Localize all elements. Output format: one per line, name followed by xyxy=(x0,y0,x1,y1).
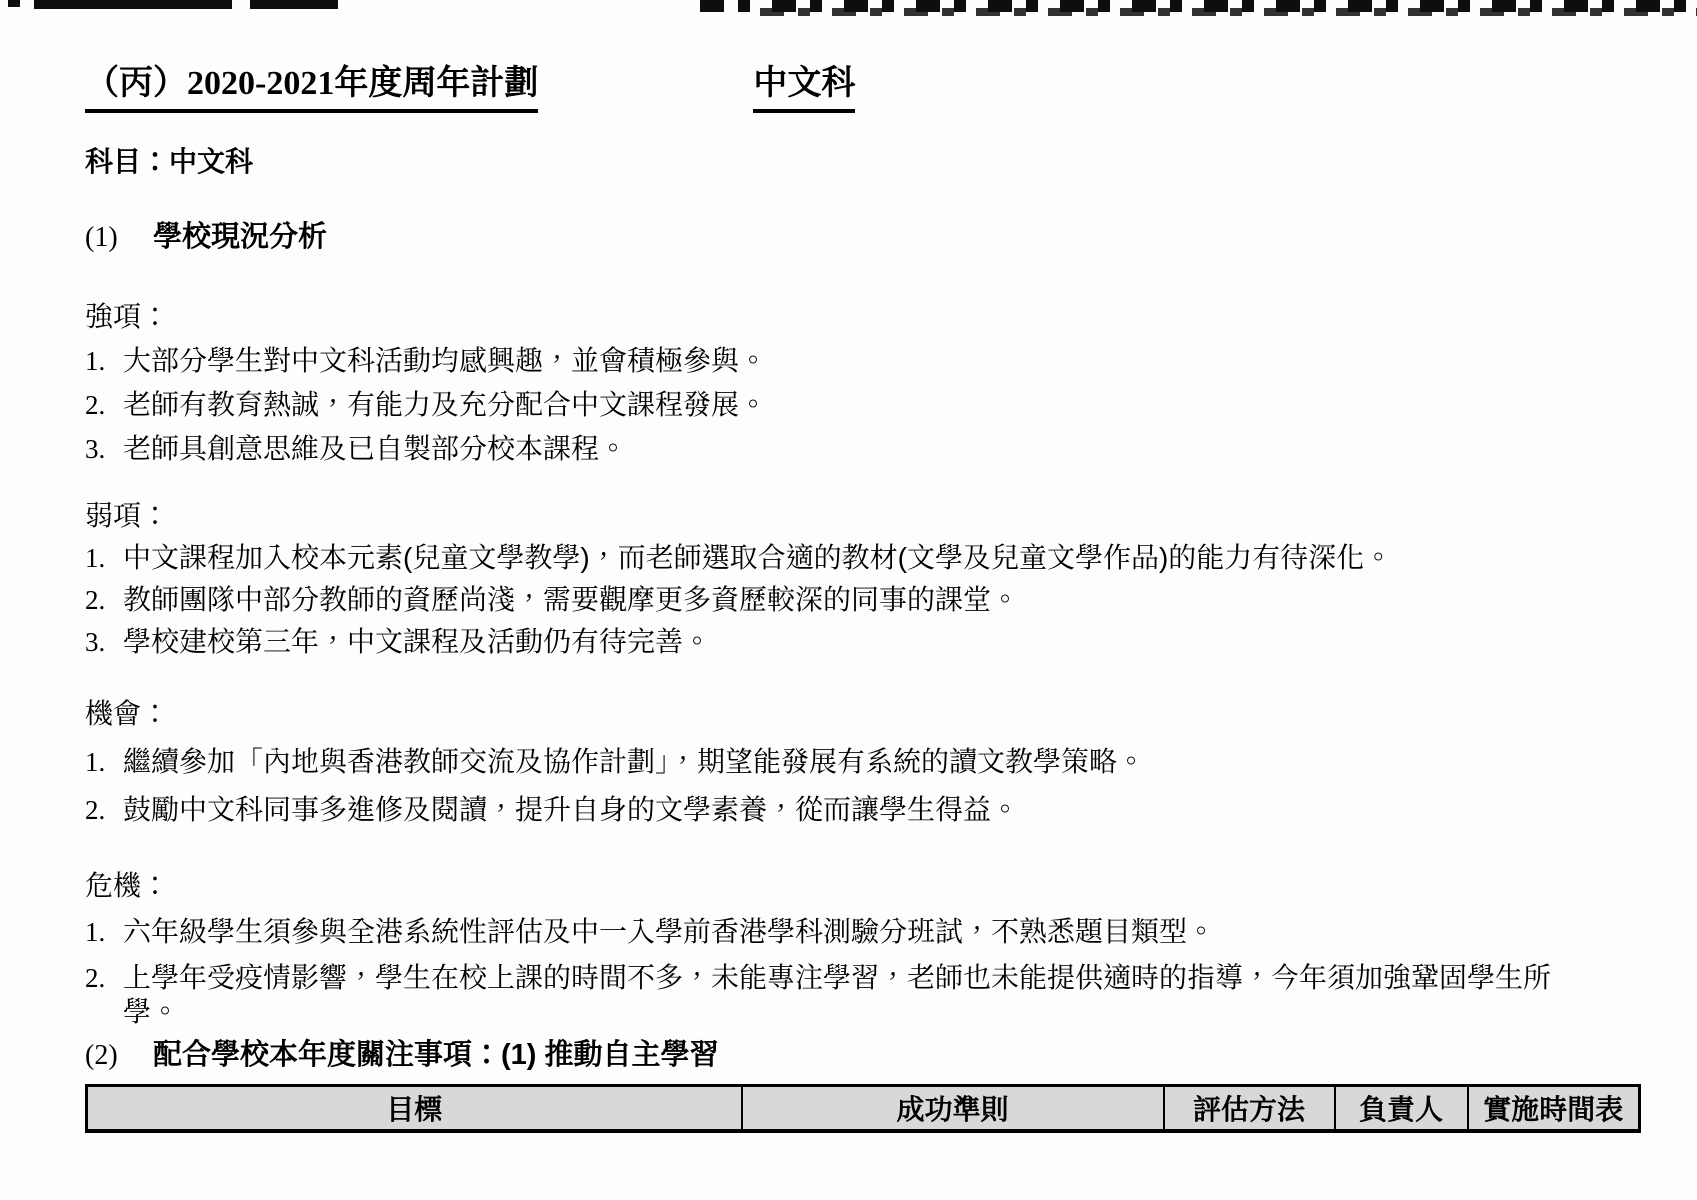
scan-artifact xyxy=(8,0,20,7)
table-header-person: 負責人 xyxy=(1335,1086,1468,1132)
page-title-right: 中文科 xyxy=(753,64,855,113)
swot-item: 2. 老師有教育熱誠，有能力及充分配合中文課程發展。 xyxy=(85,388,1642,422)
table-header-goal: 目標 xyxy=(87,1086,742,1132)
swot-item: 2. 鼓勵中文科同事多進修及閱讀，提升自身的文學素養，從而讓學生得益。 xyxy=(85,793,1642,827)
list-item-text: 老師具創意思維及已自製部分校本課程。 xyxy=(123,432,627,466)
subject-line: 科目：中文科 xyxy=(85,145,1642,179)
list-item-number: 1. xyxy=(85,915,123,949)
swot-label: 強項： xyxy=(85,300,1642,334)
section-2-title: 配合學校本年度關注事項：(1) 推動自主學習 xyxy=(153,1039,719,1071)
page-title: （丙）2020-2021年度周年計劃中文科 xyxy=(85,64,1642,113)
list-item-number: 2. xyxy=(85,793,123,827)
list-item-number: 2. xyxy=(85,388,123,422)
swot-label: 弱項： xyxy=(85,499,1642,533)
swot-label: 機會： xyxy=(85,697,1642,731)
annual-plan-table: 目標 成功準則 評估方法 負責人 實施時間表 xyxy=(85,1084,1641,1133)
section-1-title: 學校現況分析 xyxy=(153,221,327,253)
table-header-criteria: 成功準則 xyxy=(742,1086,1164,1132)
swot-group-threats: 危機： 1. 六年級學生須參與全港系統性評估及中一入學前香港學科測驗分班試，不熟… xyxy=(85,869,1642,1029)
scan-artifact xyxy=(250,0,338,9)
section-1-heading: (1)學校現況分析 xyxy=(85,219,1642,256)
document-page: { "document": { "title": { "left": "（丙）2… xyxy=(0,0,1697,1200)
list-item-number: 3. xyxy=(85,625,123,659)
list-item-text: 老師有教育熱誠，有能力及充分配合中文課程發展。 xyxy=(123,388,767,422)
list-item-number: 1. xyxy=(85,541,123,575)
swot-item: 1. 六年級學生須參與全港系統性評估及中一入學前香港學科測驗分班試，不熟悉題目類… xyxy=(85,915,1642,949)
list-item-text: 繼續參加「內地與香港教師交流及協作計劃」，期望能發展有系統的讀文教學策略。 xyxy=(123,745,1145,779)
section-2-heading: (2)配合學校本年度關注事項：(1) 推動自主學習 xyxy=(85,1037,1642,1074)
table-header-schedule: 實施時間表 xyxy=(1468,1086,1640,1132)
swot-item: 1. 繼續參加「內地與香港教師交流及協作計劃」，期望能發展有系統的讀文教學策略。 xyxy=(85,745,1642,779)
scan-artifact xyxy=(34,0,232,9)
list-item-number: 1. xyxy=(85,344,123,378)
swot-label: 危機： xyxy=(85,869,1642,903)
swot-item: 2. 上學年受疫情影響，學生在校上課的時間不多，未能專注學習，老師也未能提供適時… xyxy=(85,961,1642,1029)
swot-item: 1. 中文課程加入校本元素(兒童文學教學)，而老師選取合適的教材(文學及兒童文學… xyxy=(85,541,1642,575)
section-2-number: (2) xyxy=(85,1038,153,1074)
list-item-text: 上學年受疫情影響，學生在校上課的時間不多，未能專注學習，老師也未能提供適時的指導… xyxy=(123,961,1568,1029)
scan-artifact xyxy=(760,8,1697,16)
swot-item: 1. 大部分學生對中文科活動均感興趣，並會積極參與。 xyxy=(85,344,1642,378)
page-title-left: （丙）2020-2021年度周年計劃 xyxy=(85,64,538,113)
swot-item: 2. 教師團隊中部分教師的資歷尚淺，需要觀摩更多資歷較深的同事的課堂。 xyxy=(85,583,1642,617)
swot-group-opportunities: 機會： 1. 繼續參加「內地與香港教師交流及協作計劃」，期望能發展有系統的讀文教… xyxy=(85,697,1642,827)
list-item-text: 大部分學生對中文科活動均感興趣，並會積極參與。 xyxy=(123,344,767,378)
list-item-text: 鼓勵中文科同事多進修及閱讀，提升自身的文學素養，從而讓學生得益。 xyxy=(123,793,1019,827)
list-item-text: 中文課程加入校本元素(兒童文學教學)，而老師選取合適的教材(文學及兒童文學作品)… xyxy=(123,541,1392,575)
list-item-text: 六年級學生須參與全港系統性評估及中一入學前香港學科測驗分班試，不熟悉題目類型。 xyxy=(123,915,1215,949)
swot-group-strengths: 強項： 1. 大部分學生對中文科活動均感興趣，並會積極參與。 2. 老師有教育熱… xyxy=(85,300,1642,466)
page-title-right-wrap: 中文科 xyxy=(753,65,855,102)
list-item-text: 學校建校第三年，中文課程及活動仍有待完善。 xyxy=(123,625,711,659)
list-item-number: 3. xyxy=(85,432,123,466)
list-item-number: 2. xyxy=(85,961,123,995)
section-1-number: (1) xyxy=(85,220,153,256)
table-header-row: 目標 成功準則 評估方法 負責人 實施時間表 xyxy=(87,1086,1640,1132)
swot-group-weaknesses: 弱項： 1. 中文課程加入校本元素(兒童文學教學)，而老師選取合適的教材(文學及… xyxy=(85,499,1642,659)
list-item-number: 2. xyxy=(85,583,123,617)
swot-item: 3. 學校建校第三年，中文課程及活動仍有待完善。 xyxy=(85,625,1642,659)
swot-item: 3. 老師具創意思維及已自製部分校本課程。 xyxy=(85,432,1642,466)
list-item-text: 教師團隊中部分教師的資歷尚淺，需要觀摩更多資歷較深的同事的課堂。 xyxy=(123,583,1019,617)
table-header-eval: 評估方法 xyxy=(1164,1086,1335,1132)
document-content: （丙）2020-2021年度周年計劃中文科 科目：中文科 (1)學校現況分析 強… xyxy=(0,64,1697,1074)
list-item-number: 1. xyxy=(85,745,123,779)
